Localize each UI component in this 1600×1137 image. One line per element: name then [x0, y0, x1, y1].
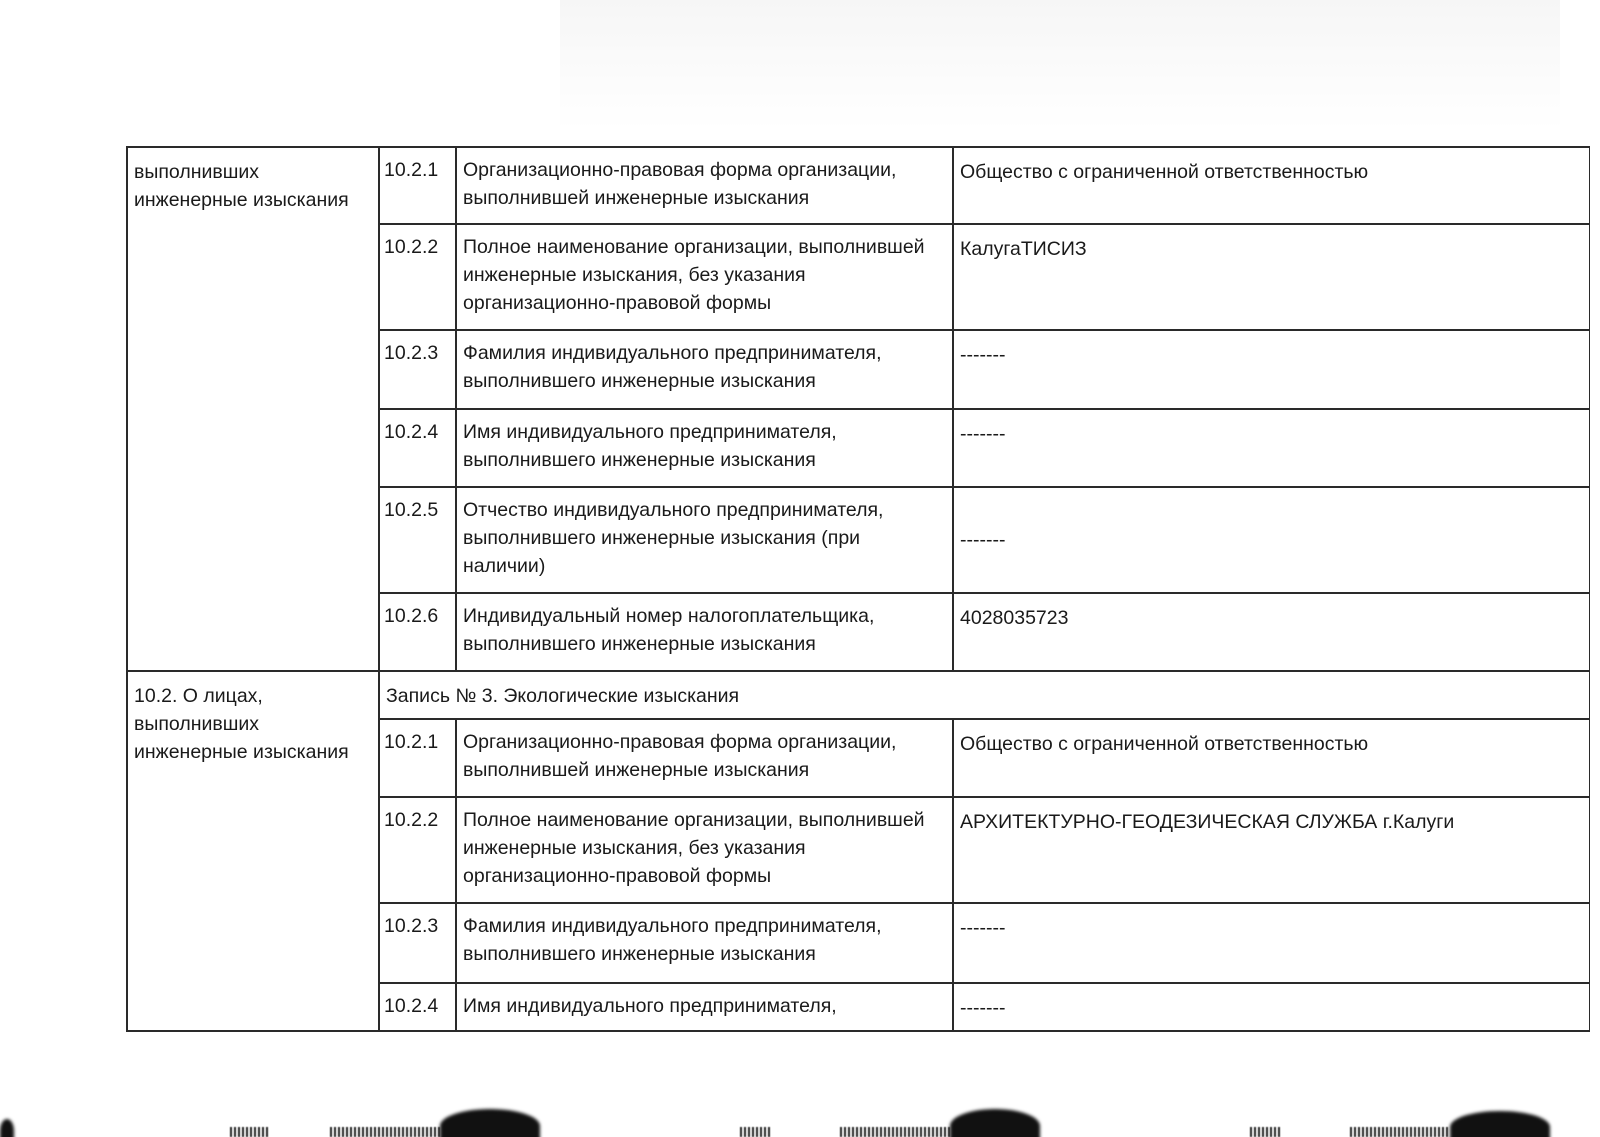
table-row: 10.2.3 Фамилия индивидуального предприни…: [380, 904, 1589, 984]
row-value: 4028035723: [954, 594, 1589, 670]
row-code: 10.2.6: [380, 594, 457, 670]
row-value: АРХИТЕКТУРНО-ГЕОДЕЗИЧЕСКАЯ СЛУЖБА г.Калу…: [954, 798, 1589, 902]
scan-edge-artifacts: [0, 1107, 1600, 1137]
table-row: 10.2.2 Полное наименование организации, …: [380, 798, 1589, 904]
table-row: 10.2.1 Организационно-правовая форма орг…: [380, 720, 1589, 798]
row-label: Фамилия индивидуального предпринимателя,…: [457, 331, 954, 408]
table-row: 10.2.1 Организационно-правовая форма орг…: [380, 148, 1589, 225]
row-label: Индивидуальный номер налогоплательщика, …: [457, 594, 954, 670]
row-label: Имя индивидуального предпринимателя, вып…: [457, 410, 954, 486]
row-label: Имя индивидуального предпринимателя,: [457, 984, 954, 1030]
table-row: 10.2.2 Полное наименование организации, …: [380, 225, 1589, 331]
row-code: 10.2.4: [380, 410, 457, 486]
table-row: 10.2.3 Фамилия индивидуального предприни…: [380, 331, 1589, 410]
row-value: КалугаТИСИЗ: [954, 225, 1589, 329]
row-label: Полное наименование организации, выполни…: [457, 225, 954, 329]
block-rows: Запись № 3. Экологические изыскания 10.2…: [380, 672, 1589, 1030]
row-code: 10.2.2: [380, 225, 457, 329]
table-row: 10.2.5 Отчество индивидуального предприн…: [380, 488, 1589, 594]
row-code: 10.2.1: [380, 720, 457, 796]
row-code: 10.2.1: [380, 148, 457, 223]
row-label: Организационно-правовая форма организаци…: [457, 720, 954, 796]
row-label: Полное наименование организации, выполни…: [457, 798, 954, 902]
survey-info-table: выполнивших инженерные изыскания 10.2.1 …: [126, 146, 1590, 1032]
section-label-cell: выполнивших инженерные изыскания: [128, 148, 380, 670]
record-header: Запись № 3. Экологические изыскания: [380, 672, 1589, 720]
row-value: -------: [954, 904, 1589, 982]
row-label: Отчество индивидуального предпринимателя…: [457, 488, 954, 592]
row-value: Общество с ограниченной ответственностью: [954, 148, 1589, 223]
row-code: 10.2.4: [380, 984, 457, 1030]
table-row: 10.2.6 Индивидуальный номер налогоплател…: [380, 594, 1589, 670]
block-record-3: 10.2. О лицах, выполнивших инженерные из…: [128, 672, 1589, 1030]
row-code: 10.2.2: [380, 798, 457, 902]
row-value: Общество с ограниченной ответственностью: [954, 720, 1589, 796]
row-code: 10.2.5: [380, 488, 457, 592]
table-row: 10.2.4 Имя индивидуального предпринимате…: [380, 984, 1589, 1030]
row-value: -------: [954, 488, 1589, 592]
row-label: Фамилия индивидуального предпринимателя,…: [457, 904, 954, 982]
row-code: 10.2.3: [380, 331, 457, 408]
row-value: -------: [954, 984, 1589, 1030]
scanned-page: выполнивших инженерные изыскания 10.2.1 …: [0, 0, 1600, 1137]
row-label: Организационно-правовая форма организаци…: [457, 148, 954, 223]
table-row: 10.2.4 Имя индивидуального предпринимате…: [380, 410, 1589, 488]
block-continued: выполнивших инженерные изыскания 10.2.1 …: [128, 148, 1589, 672]
scan-shadow: [560, 0, 1560, 130]
row-code: 10.2.3: [380, 904, 457, 982]
section-label-cell: 10.2. О лицах, выполнивших инженерные из…: [128, 672, 380, 1030]
row-value: -------: [954, 331, 1589, 408]
block-rows: 10.2.1 Организационно-правовая форма орг…: [380, 148, 1589, 670]
row-value: -------: [954, 410, 1589, 486]
